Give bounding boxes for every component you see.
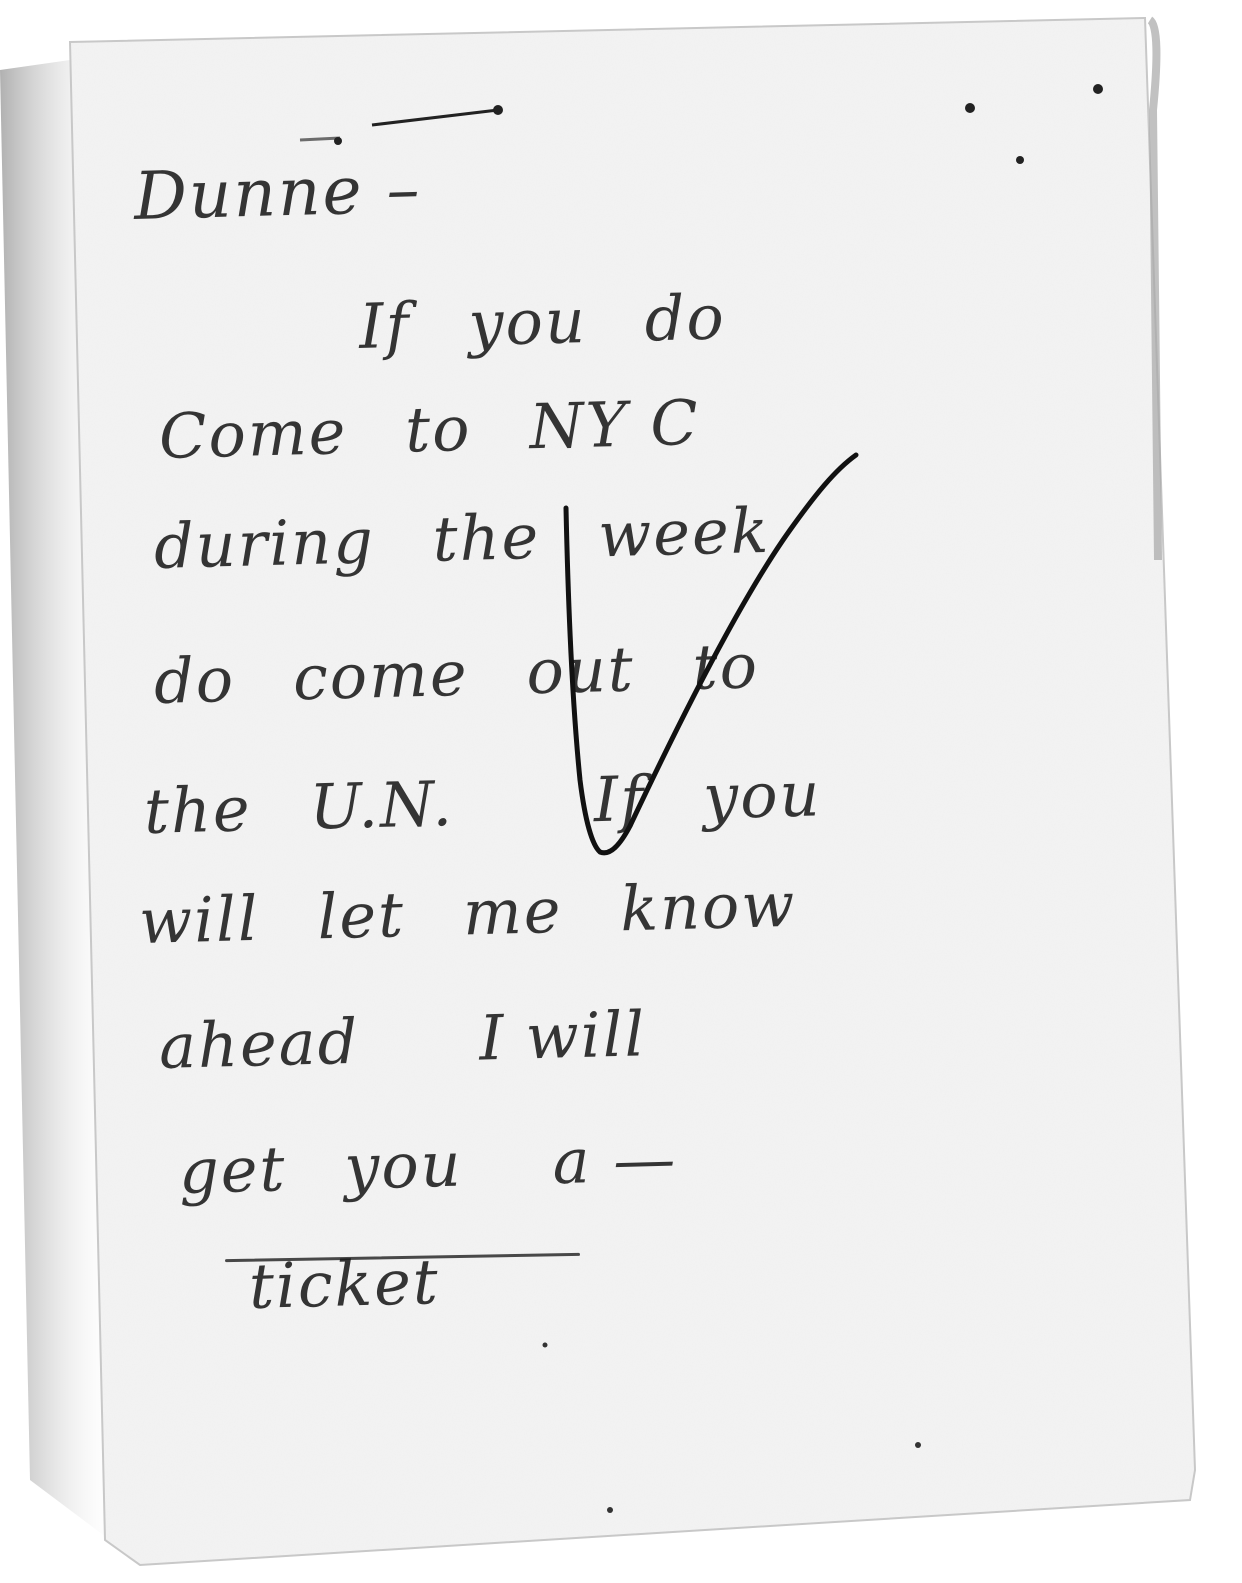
note-word: you [343,1128,463,1204]
note-word: do [644,280,727,355]
note-word: you [468,284,588,360]
note-word: NY C [528,386,700,463]
note-word: will [138,882,260,958]
note-word: ticket [248,1245,441,1323]
note-word: you [702,757,822,833]
salutation: Dunne – [133,151,422,235]
note-word: Come [158,395,348,473]
salutation-text: Dunne – [133,151,422,235]
note-word: get [178,1132,287,1208]
note-word: If [593,762,646,836]
note-word: ahead [158,1005,360,1083]
note-word: If [358,289,411,363]
note-line-8: getyoua — [178,1122,678,1208]
note-word: know [619,868,797,946]
note-word: I [478,1001,506,1075]
note-word: a — [552,1122,679,1198]
note-word: out [526,632,636,708]
note-word: during [153,504,376,583]
scanned-note: Dunne – Ifyoudo CometoNY C duringtheweek… [0,0,1242,1583]
note-word: will [525,997,647,1073]
note-word: the [432,500,541,576]
note-word: week [597,494,771,571]
note-word: come [292,637,469,715]
note-line-2: CometoNY C [158,386,701,473]
note-line-1: Ifyoudo [358,280,727,363]
note-word: me [462,874,563,950]
note-word: do [153,643,236,718]
note-word: let [317,878,406,953]
note-line-7: aheadIwill [158,997,647,1083]
note-line-9: ticket [248,1245,441,1323]
note-word: the [143,772,252,848]
note-word: to [404,392,472,467]
note-word: to [692,629,760,704]
note-word: U.N. [309,767,455,844]
